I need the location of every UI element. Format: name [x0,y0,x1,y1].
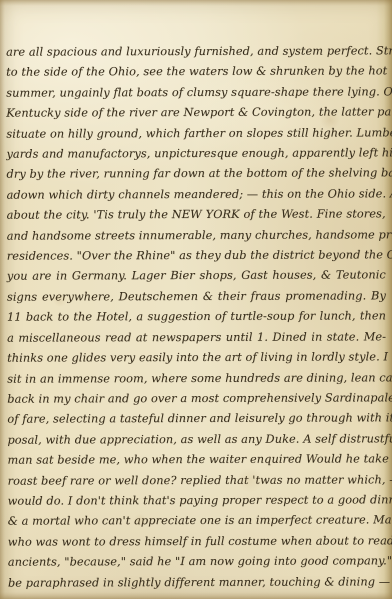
manuscript-line: a miscellaneous read at newspapers until… [7,327,386,349]
manuscript-line: dry by the river, running far down at th… [6,164,385,186]
manuscript-text: are all spacious and luxuriously furnish… [6,41,387,593]
manuscript-line: Kentucky side of the river are Newport &… [6,103,385,125]
manuscript-line: adown which dirty channels meandered; — … [7,184,386,206]
manuscript-line: thinks one glides very easily into the a… [7,347,386,369]
manuscript-line: about the city. 'Tis truly the NEW YORK … [7,205,386,227]
manuscript-line: of fare, selecting a tasteful dinner and… [7,409,386,431]
manuscript-line: would do. I don't think that's paying pr… [8,490,387,512]
manuscript-line: ancients, "because," said he "I am now g… [8,551,387,573]
manuscript-line: summer, ungainly flat boats of clumsy sq… [6,82,385,104]
manuscript-line: residences. "Over the Rhine" as they dub… [7,245,386,267]
manuscript-line: situate on hilly ground, which farther o… [6,123,385,145]
manuscript-line: 11 back to the Hotel, a suggestion of tu… [7,307,386,329]
manuscript-line: posal, with due appreciation, as well as… [7,429,386,451]
manuscript-line: back in my chair and go over a most comp… [7,388,386,410]
manuscript-line: to the side of the Ohio, see the waters … [6,62,385,84]
manuscript-line: signs everywhere, Deutschemen & their fr… [7,286,386,308]
manuscript-line: are all spacious and luxuriously furnish… [6,41,385,63]
manuscript-line: and handsome streets innumerable, many c… [7,225,386,247]
manuscript-line: who was wont to dress himself in full co… [8,531,387,553]
manuscript-page: are all spacious and luxuriously furnish… [0,0,392,599]
manuscript-line: sit in an immense room, where some hundr… [7,368,386,390]
manuscript-line: yards and manufactorys, unpicturesque en… [6,143,385,165]
manuscript-line: be paraphrased in slightly different man… [8,572,387,594]
manuscript-line: roast beef rare or well done? replied th… [8,470,387,492]
manuscript-line: you are in Germany. Lager Bier shops, Ga… [7,266,386,288]
manuscript-line: & a mortal who can't appreciate one is a… [8,511,387,533]
manuscript-line: man sat beside me, who when the waiter e… [7,449,386,471]
